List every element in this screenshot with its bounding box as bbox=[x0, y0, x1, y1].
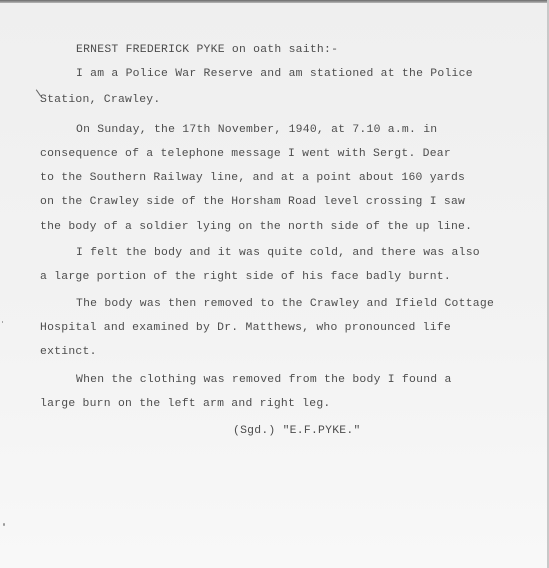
paragraph-1-line-2: Station, Crawley. bbox=[40, 93, 160, 107]
paragraph-2-line-5: the body of a soldier lying on the north… bbox=[40, 220, 472, 234]
paper-speck bbox=[2, 321, 3, 323]
paragraph-4-line-1: The body was then removed to the Crawley… bbox=[76, 297, 494, 311]
paper-speck bbox=[3, 523, 5, 526]
paragraph-1-line-1: I am a Police War Reserve and am station… bbox=[76, 67, 473, 81]
paragraph-2-line-4: on the Crawley side of the Horsham Road … bbox=[40, 195, 465, 209]
statement-heading: ERNEST FREDERICK PYKE on oath saith:- bbox=[76, 43, 338, 57]
paragraph-2-line-3: to the Southern Railway line, and at a p… bbox=[40, 171, 465, 185]
paragraph-3-line-1: I felt the body and it was quite cold, a… bbox=[76, 246, 480, 260]
paragraph-3-line-2: a large portion of the right side of his… bbox=[40, 270, 451, 284]
paragraph-2-line-2: consequence of a telephone message I wen… bbox=[40, 147, 451, 161]
paragraph-4-line-2: Hospital and examined by Dr. Matthews, w… bbox=[40, 321, 451, 335]
paragraph-5-line-1: When the clothing was removed from the b… bbox=[76, 373, 452, 387]
signature-line: (Sgd.) "E.F.PYKE." bbox=[233, 424, 361, 438]
paragraph-4-line-3: extinct. bbox=[40, 345, 97, 359]
paragraph-5-line-2: large burn on the left arm and right leg… bbox=[40, 397, 331, 411]
paragraph-2-line-1: On Sunday, the 17th November, 1940, at 7… bbox=[76, 123, 437, 137]
document-page: ERNEST FREDERICK PYKE on oath saith:- I … bbox=[0, 3, 547, 568]
